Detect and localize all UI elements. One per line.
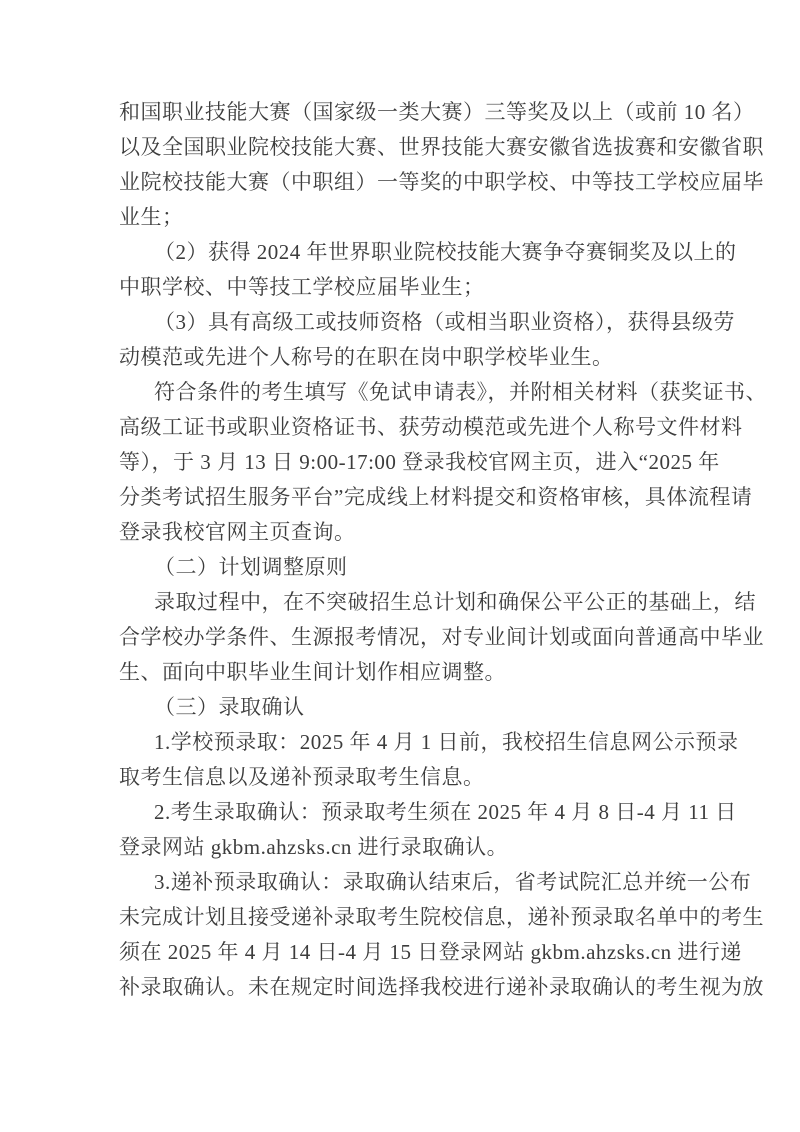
text-line: （2）获得 2024 年世界职业院校技能大赛争夺赛铜奖及以上的 bbox=[119, 235, 685, 270]
text-line: （二）计划调整原则 bbox=[119, 550, 685, 585]
text-line: 录取过程中，在不突破招生总计划和确保公平公正的基础上，结 bbox=[119, 585, 685, 620]
text-line: 未完成计划且接受递补录取考生院校信息，递补预录取名单中的考生 bbox=[119, 900, 685, 935]
document-text-block: 和国职业技能大赛（国家级一类大赛）三等奖及以上（或前 10 名） 以及全国职业院… bbox=[119, 95, 685, 1005]
text-line: 登录网站 gkbm.ahzsks.cn 进行录取确认。 bbox=[119, 830, 685, 865]
text-line: 分类考试招生服务平台”完成线上材料提交和资格审核，具体流程请 bbox=[119, 480, 685, 515]
text-line: 合学校办学条件、生源报考情况，对专业间计划或面向普通高中毕业 bbox=[119, 620, 685, 655]
text-line: 业院校技能大赛（中职组）一等奖的中职学校、中等技工学校应届毕 bbox=[119, 165, 685, 200]
text-line: （3）具有高级工或技师资格（或相当职业资格），获得县级劳 bbox=[119, 305, 685, 340]
text-line: 动模范或先进个人称号的在职在岗中职学校毕业生。 bbox=[119, 340, 685, 375]
text-line: 高级工证书或职业资格证书、获劳动模范或先进个人称号文件材料 bbox=[119, 410, 685, 445]
text-line: 1.学校预录取：2025 年 4 月 1 日前，我校招生信息网公示预录 bbox=[119, 725, 685, 760]
text-line: 取考生信息以及递补预录取考生信息。 bbox=[119, 760, 685, 795]
document-page: 和国职业技能大赛（国家级一类大赛）三等奖及以上（或前 10 名） 以及全国职业院… bbox=[0, 0, 800, 1132]
text-line: 等），于 3 月 13 日 9:00-17:00 登录我校官网主页，进入“202… bbox=[119, 445, 685, 480]
text-line: 补录取确认。未在规定时间选择我校进行递补录取确认的考生视为放 bbox=[119, 970, 685, 1005]
text-line: 和国职业技能大赛（国家级一类大赛）三等奖及以上（或前 10 名） bbox=[119, 95, 685, 130]
text-line: 业生； bbox=[119, 200, 685, 235]
text-line: 以及全国职业院校技能大赛、世界技能大赛安徽省选拔赛和安徽省职 bbox=[119, 130, 685, 165]
text-line: 须在 2025 年 4 月 14 日-4 月 15 日登录网站 gkbm.ahz… bbox=[119, 935, 685, 970]
text-line: 中职学校、中等技工学校应届毕业生； bbox=[119, 270, 685, 305]
text-line: 3.递补预录取确认：录取确认结束后，省考试院汇总并统一公布 bbox=[119, 865, 685, 900]
text-line: （三）录取确认 bbox=[119, 690, 685, 725]
text-line: 登录我校官网主页查询。 bbox=[119, 515, 685, 550]
text-line: 2.考生录取确认：预录取考生须在 2025 年 4 月 8 日-4 月 11 日 bbox=[119, 795, 685, 830]
text-line: 符合条件的考生填写《免试申请表》，并附相关材料（获奖证书、 bbox=[119, 375, 685, 410]
text-line: 生、面向中职毕业生间计划作相应调整。 bbox=[119, 655, 685, 690]
